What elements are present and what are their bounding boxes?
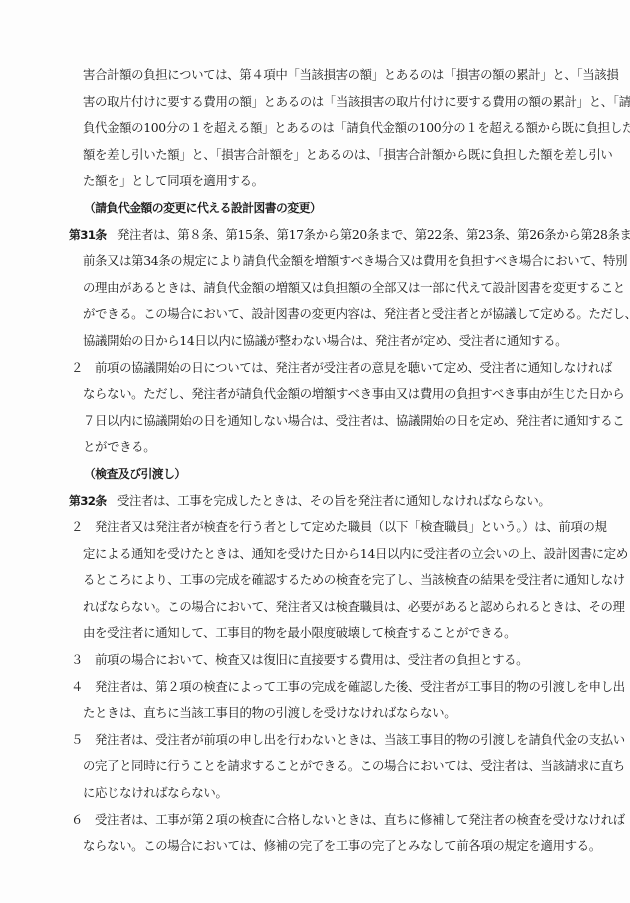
paragraph-first-line: ２前項の協議開始の日については、発注者が受注者の意見を聴いて定め、受注者に通知し… (0, 355, 630, 382)
text-line: ればならない。この場合において、発注者又は検査職員は、必要があると認められるとき… (0, 594, 630, 621)
text-line: 受注者は、工事を完成したときは、その旨を発注者に通知しなければならない。 (117, 493, 550, 508)
paragraph-first-line: ５発注者は、受注者が前項の申し出を行わないときは、当該工事目的物の引渡しを請負代… (0, 727, 630, 754)
text-line: ７日以内に協議開始の日を通知しない場合は、受注者は、協議開始の日を定め、発注者に… (0, 408, 630, 435)
article-32: （検査及び引渡し） 第32条受注者は、工事を完成したときは、その旨を発注者に通知… (0, 461, 630, 860)
article-first-line: 第32条受注者は、工事を完成したときは、その旨を発注者に通知しなければならない。 (0, 488, 630, 515)
text-line: とができる。 (0, 434, 630, 461)
text-line: 前項の場合において、検査又は復旧に直接要する費用は、受注者の負担とする。 (95, 652, 528, 667)
text-line: ならない。この場合においては、修補の完了を工事の完了とみなして前各項の規定を適用… (0, 833, 630, 860)
paragraph-first-line: ６受注者は、工事が第２項の検査に合格しないときは、直ちに修補して発注者の検査を受… (0, 807, 630, 834)
paragraph-first-line: ４発注者は、第２項の検査によって工事の完成を確認した後、受注者が工事目的物の引渡… (0, 674, 630, 701)
text-line: 前項の協議開始の日については、発注者が受注者の意見を聴いて定め、受注者に通知しな… (95, 360, 612, 375)
text-line: 協議開始の日から14日以内に協議が整わない場合は、発注者が定め、受注者に通知する… (0, 328, 630, 355)
paragraph-number: ４ (71, 674, 95, 701)
text-line: の理由があるときは、請負代金額の増額又は負担額の全部又は一部に代えて設計図書を変… (0, 275, 630, 302)
text-line: に応じなければならない。 (0, 780, 630, 807)
text-line: 由を受注者に通知して、工事目的物を最小限度破壊して検査することができる。 (0, 620, 630, 647)
article-first-line: 第31条発注者は、第８条、第15条、第17条から第20条まで、第22条、第23条… (0, 222, 630, 249)
article-31-paragraph-1: 第31条発注者は、第８条、第15条、第17条から第20条まで、第22条、第23条… (0, 222, 630, 355)
text-line: るところにより、工事の完成を確認するための検査を完了し、当該検査の結果を受注者に… (0, 567, 630, 594)
text-line: 害合計額の負担については、第４項中「当該損害の額」とあるのは「損害の額の累計」と… (0, 62, 630, 89)
article-label: 第32条 (69, 488, 117, 515)
carryover-paragraph: 害合計額の負担については、第４項中「当該損害の額」とあるのは「損害の額の累計」と… (0, 62, 630, 195)
paragraph-number: ５ (71, 727, 95, 754)
article-31: （請負代金額の変更に代える設計図書の変更） 第31条発注者は、第８条、第15条、… (0, 195, 630, 461)
article-32-paragraph-4: ４発注者は、第２項の検査によって工事の完成を確認した後、受注者が工事目的物の引渡… (0, 674, 630, 727)
article-32-paragraph-5: ５発注者は、受注者が前項の申し出を行わないときは、当該工事目的物の引渡しを請負代… (0, 727, 630, 807)
text-line: 受注者は、工事が第２項の検査に合格しないときは、直ちに修補して発注者の検査を受け… (95, 812, 625, 827)
article-31-paragraph-2: ２前項の協議開始の日については、発注者が受注者の意見を聴いて定め、受注者に通知し… (0, 355, 630, 461)
text-line: 発注者は、第２項の検査によって工事の完成を確認した後、受注者が工事目的物の引渡し… (95, 679, 625, 694)
article-32-paragraph-2: ２発注者又は発注者が検査を行う者として定めた職員（以下「検査職員」という。）は、… (0, 514, 630, 647)
text-line: 前条又は第34条の規定により請負代金額を増額すべき場合又は費用を負担すべき場合に… (0, 248, 630, 275)
paragraph-number: ２ (71, 355, 95, 382)
article-heading: （請負代金額の変更に代える設計図書の変更） (0, 195, 630, 222)
paragraph-first-line: ３前項の場合において、検査又は復旧に直接要する費用は、受注者の負担とする。 (0, 647, 630, 674)
text-line: 発注者は、受注者が前項の申し出を行わないときは、当該工事目的物の引渡しを請負代金… (95, 732, 625, 747)
text-line: た額を」として同項を適用する。 (0, 168, 630, 195)
article-32-paragraph-3: ３前項の場合において、検査又は復旧に直接要する費用は、受注者の負担とする。 (0, 647, 630, 674)
document-page: 害合計額の負担については、第４項中「当該損害の額」とあるのは「損害の額の累計」と… (0, 62, 630, 860)
article-heading: （検査及び引渡し） (0, 461, 630, 488)
article-32-paragraph-6: ６受注者は、工事が第２項の検査に合格しないときは、直ちに修補して発注者の検査を受… (0, 807, 630, 860)
text-line: の完了と同時に行うことを請求することができる。この場合においては、受注者は、当該… (0, 753, 630, 780)
article-label: 第31条 (69, 222, 117, 249)
text-line: ができる。この場合において、設計図書の変更内容は、発注者と受注者とが協議して定め… (0, 301, 630, 328)
paragraph-number: ３ (71, 647, 95, 674)
paragraph-number: ２ (71, 514, 95, 541)
text-line: 定による通知を受けたときは、通知を受けた日から14日以内に受注者の立会いの上、設… (0, 541, 630, 568)
text-line: 害の取片付けに要する費用の額」とあるのは「当該損害の取片付けに要する費用の額の累… (0, 89, 630, 116)
text-line: 額を差し引いた額」と、「損害合計額を」とあるのは、「損害合計額から既に負担した額… (0, 142, 630, 169)
text-line: 発注者又は発注者が検査を行う者として定めた職員（以下「検査職員」という。）は、前… (95, 519, 607, 534)
paragraph-first-line: ２発注者又は発注者が検査を行う者として定めた職員（以下「検査職員」という。）は、… (0, 514, 630, 541)
article-32-paragraph-1: 第32条受注者は、工事を完成したときは、その旨を発注者に通知しなければならない。 (0, 488, 630, 515)
paragraph-number: ６ (71, 807, 95, 834)
text-line: たときは、直ちに当該工事目的物の引渡しを受けなければならない。 (0, 700, 630, 727)
text-line: 発注者は、第８条、第15条、第17条から第20条まで、第22条、第23条、第26… (117, 227, 630, 242)
text-line: ならない。ただし、発注者が請負代金額の増額すべき事由又は費用の負担すべき事由が生… (0, 381, 630, 408)
text-line: 負代金額の100分の１を超える額」とあるのは「請負代金額の100分の１を超える額… (0, 115, 630, 142)
